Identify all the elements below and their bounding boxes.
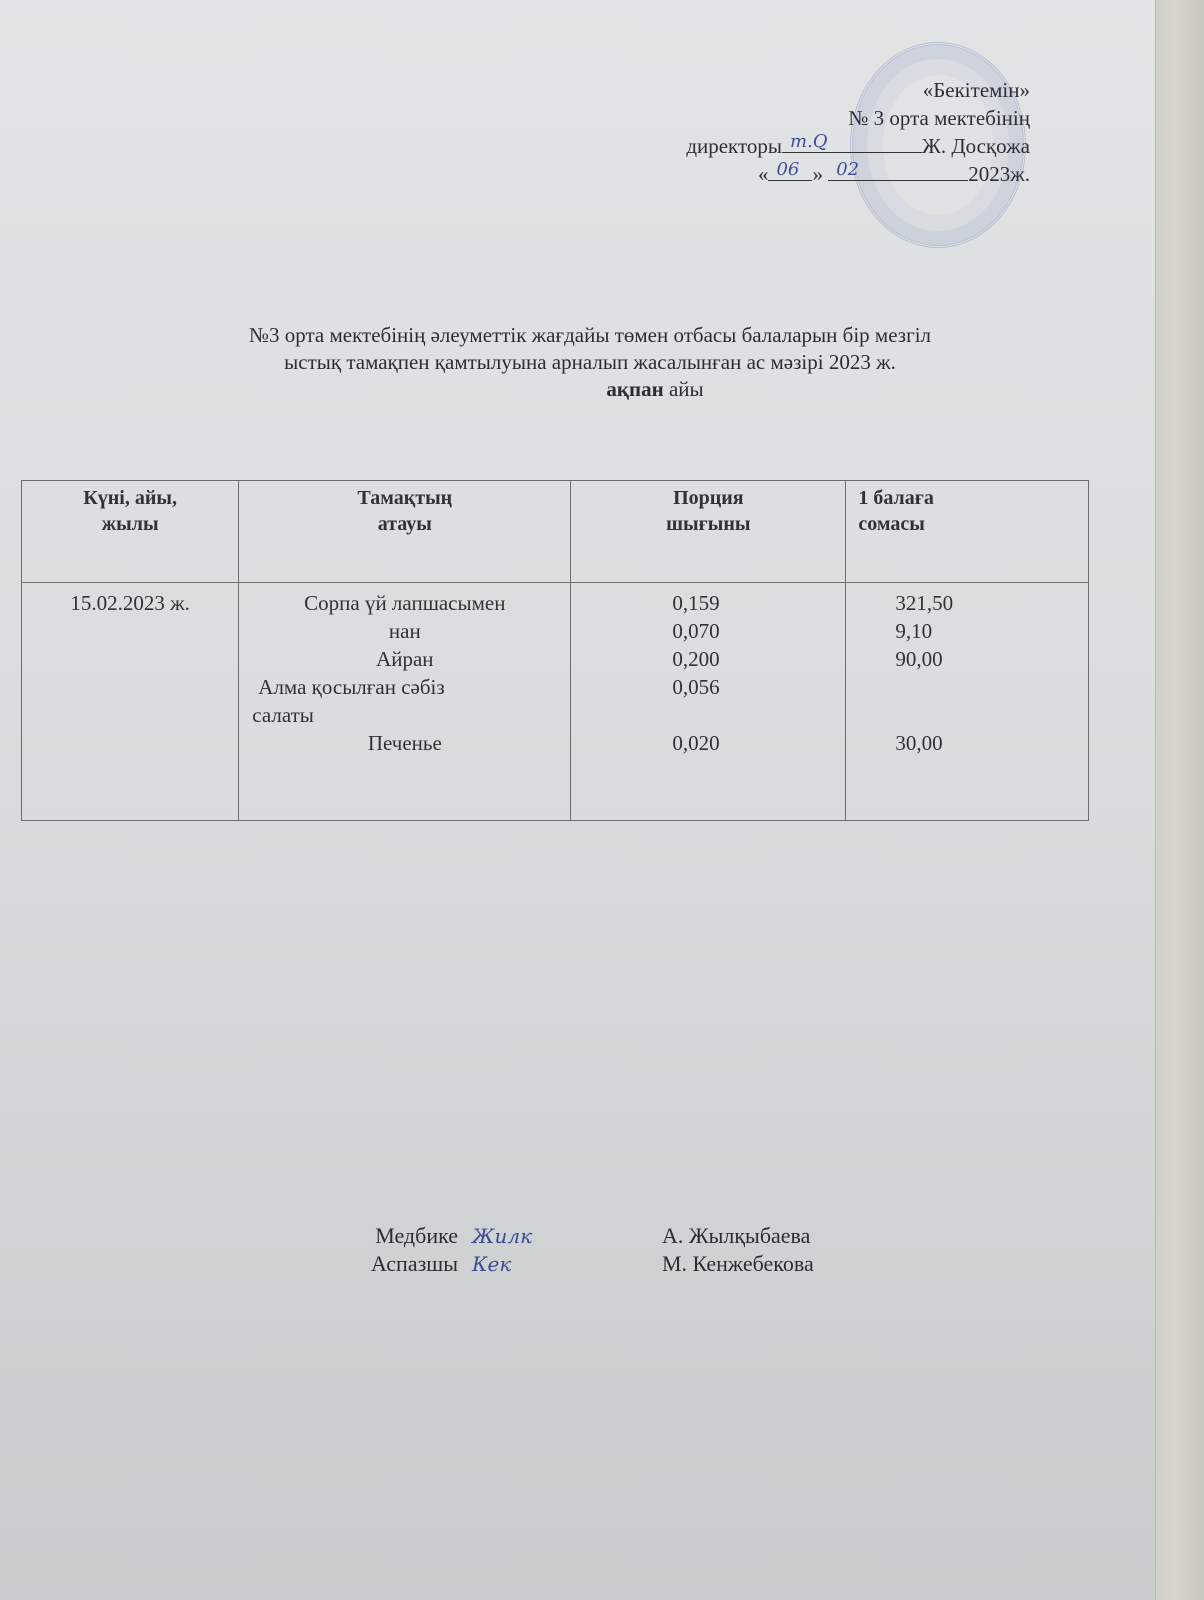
date-year: 2023ж. <box>968 162 1030 186</box>
date-month: 02 <box>836 156 859 184</box>
date-quote-open: « <box>758 162 769 186</box>
header-cost-line1: 1 балаға <box>858 485 1087 511</box>
header-date-line1: Күні, айы, <box>23 485 237 511</box>
document-page: «Бекітемін» № 3 орта мектебінің директор… <box>0 0 1160 1600</box>
portion-value: 0,020 <box>572 729 844 757</box>
cost-value: 90,00 <box>847 645 1087 673</box>
cost-value: 30,00 <box>847 729 1087 757</box>
date-day: 06 <box>776 156 799 184</box>
dish-item: Алма қосылған сәбіз <box>240 673 569 701</box>
cost-value <box>847 701 1087 729</box>
table-row: 15.02.2023 ж. Сорпа үй лапшасымен нан Ай… <box>22 583 1089 821</box>
header-date: Күні, айы, жылы <box>22 481 239 583</box>
header-dish: Тамақтың атауы <box>239 481 571 583</box>
cost-value: 9,10 <box>847 617 1087 645</box>
header-portion: Порция шығыны <box>571 481 846 583</box>
handwritten-signature: Кек <box>458 1250 662 1278</box>
date-month-field: 02 <box>828 160 968 181</box>
cell-portions: 0,159 0,070 0,200 0,056 0,020 <box>571 583 846 821</box>
menu-table: Күні, айы, жылы Тамақтың атауы Порция шы… <box>21 480 1089 821</box>
title-month: ақпан айы <box>90 376 1090 403</box>
portion-value <box>572 701 844 729</box>
signature-row-cook: Аспазшы Кек М. Кенжебекова <box>328 1250 814 1278</box>
signature-name: М. Кенжебекова <box>662 1250 814 1278</box>
director-name: Ж. Досқожа <box>922 134 1030 158</box>
paper-edge-background <box>1155 0 1204 1600</box>
portion-value: 0,200 <box>572 645 844 673</box>
dish-item: Айран <box>240 645 569 673</box>
header-dish-line2: атауы <box>240 511 569 537</box>
director-label: директоры <box>686 134 782 158</box>
header-dish-line1: Тамақтың <box>240 485 569 511</box>
signature-role: Аспазшы <box>328 1250 458 1278</box>
portion-value: 0,056 <box>572 673 844 701</box>
table-header-row: Күні, айы, жылы Тамақтың атауы Порция шы… <box>22 481 1089 583</box>
header-cost-line2: сомасы <box>858 511 1087 537</box>
dish-item-continued: салаты <box>240 701 569 729</box>
director-signature: m.Q <box>790 128 828 156</box>
cell-dishes: Сорпа үй лапшасымен нан Айран Алма қосыл… <box>239 583 571 821</box>
dish-item: Сорпа үй лапшасымен <box>240 589 569 617</box>
cost-value <box>847 673 1087 701</box>
date-day-field: 06 <box>768 160 812 181</box>
signatures-block: Медбике Жилк А. Жылқыбаева Аспазшы Кек М… <box>328 1222 814 1278</box>
header-portion-line2: шығыны <box>572 511 844 537</box>
director-signature-line: m.Q <box>782 132 922 153</box>
approval-heading: «Бекітемін» <box>686 76 1030 104</box>
header-cost: 1 балаға сомасы <box>846 481 1089 583</box>
approval-block: «Бекітемін» № 3 орта мектебінің директор… <box>686 76 1030 188</box>
approval-date-line: «06» 022023ж. <box>686 160 1030 188</box>
handwritten-signature: Жилк <box>458 1222 662 1250</box>
approval-school: № 3 орта мектебінің <box>686 104 1030 132</box>
header-date-line2: жылы <box>23 511 237 537</box>
header-portion-line1: Порция <box>572 485 844 511</box>
cell-costs: 321,50 9,10 90,00 30,00 <box>846 583 1089 821</box>
dish-item: Печенье <box>240 729 569 757</box>
title-line-2: ыстық тамақпен қамтылуына арналып жасалы… <box>90 349 1090 376</box>
dish-item: нан <box>240 617 569 645</box>
portion-value: 0,070 <box>572 617 844 645</box>
signature-name: А. Жылқыбаева <box>662 1222 810 1250</box>
month-name: ақпан <box>606 377 663 401</box>
signature-role: Медбике <box>328 1222 458 1250</box>
title-line-1: №3 орта мектебінің әлеуметтік жағдайы тө… <box>90 322 1090 349</box>
month-suffix: айы <box>664 377 704 401</box>
document-title: №3 орта мектебінің әлеуметтік жағдайы тө… <box>90 322 1090 403</box>
signature-row-nurse: Медбике Жилк А. Жылқыбаева <box>328 1222 814 1250</box>
cell-date: 15.02.2023 ж. <box>22 583 239 821</box>
date-quote-close: » <box>812 162 823 186</box>
portion-value: 0,159 <box>572 589 844 617</box>
cost-value: 321,50 <box>847 589 1087 617</box>
